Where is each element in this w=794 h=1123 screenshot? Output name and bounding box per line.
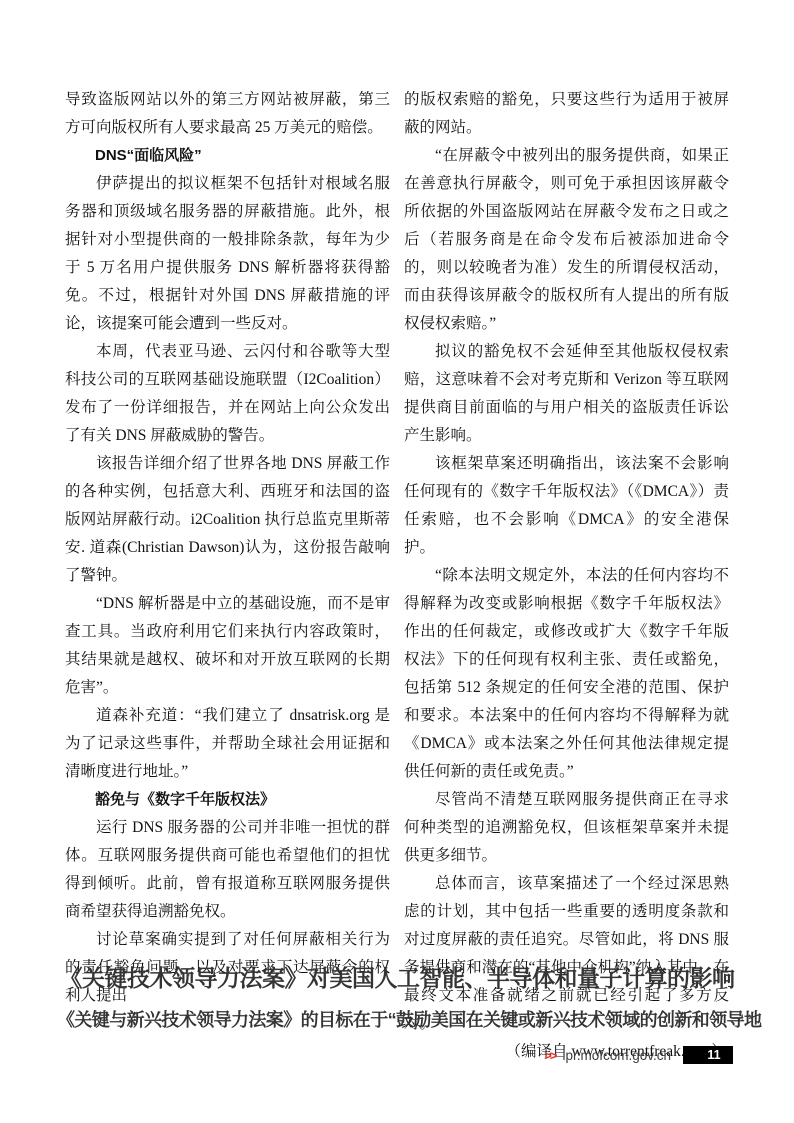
page-footer: >> ipr.mofcom.gov.cn 11 xyxy=(544,1046,733,1064)
paragraph: 该报告详细介绍了世界各地 DNS 屏蔽工作的各种实例，包括意大利、西班牙和法国的… xyxy=(65,450,390,590)
site-url: ipr.mofcom.gov.cn xyxy=(562,1048,671,1063)
section-heading: 豁免与《数字千年版权法》 xyxy=(65,786,390,814)
paragraph: 导致盗版网站以外的第三方网站被屏蔽，第三方可向版权所有人要求最高 25 万美元的… xyxy=(65,86,390,142)
article-body: 导致盗版网站以外的第三方网站被屏蔽，第三方可向版权所有人要求最高 25 万美元的… xyxy=(65,86,730,1066)
article-column-left: 导致盗版网站以外的第三方网站被屏蔽，第三方可向版权所有人要求最高 25 万美元的… xyxy=(65,86,390,1066)
next-article-title: 《关键技术领导力法案》对美国人工智能、半导体和量子计算的影响 xyxy=(57,960,737,993)
paragraph: 尽管尚不清楚互联网服务提供商正在寻求何种类型的追溯豁免权，但该框架草案并未提供更… xyxy=(404,786,729,870)
paragraph: 本周，代表亚马逊、云闪付和谷歌等大型科技公司的互联网基础设施联盟（I2Coali… xyxy=(65,338,390,450)
next-article-header: 《关键技术领导力法案》对美国人工智能、半导体和量子计算的影响 《关键与新兴技术领… xyxy=(57,960,737,1032)
section-heading: DNS“面临风险” xyxy=(65,142,390,170)
page-number-badge: 11 xyxy=(683,1046,733,1064)
paragraph: 的版权索赔的豁免，只要这些行为适用于被屏蔽的网站。 xyxy=(404,86,729,142)
paragraph: 拟议的豁免权不会延伸至其他版权侵权索赔，这意味着不会对考克斯和 Verizon … xyxy=(404,338,729,450)
paragraph: 运行 DNS 服务器的公司并非唯一担忧的群体。互联网服务提供商可能也希望他们的担… xyxy=(65,814,390,926)
paragraph: 伊萨提出的拟议框架不包括针对根域名服务器和顶级域名服务器的屏蔽措施。此外，根据针… xyxy=(65,170,390,338)
next-article-lead: 《关键与新兴技术领导力法案》的目标在于“鼓励美国在关键或新兴技术领域的创新和领导… xyxy=(57,1006,737,1032)
article-column-right: 的版权索赔的豁免，只要这些行为适用于被屏蔽的网站。“在屏蔽令中被列出的服务提供商… xyxy=(404,86,729,1066)
paragraph: 道森补充道：“我们建立了 dnsatrisk.org 是为了记录这些事件，并帮助… xyxy=(65,702,390,786)
double-chevron-icon: >> xyxy=(544,1048,555,1063)
paragraph: “DNS 解析器是中立的基础设施，而不是审查工具。当政府利用它们来执行内容政策时… xyxy=(65,590,390,702)
paragraph: 该框架草案还明确指出，该法案不会影响任何现有的《数字千年版权法》（《DMCA》）… xyxy=(404,450,729,562)
document-page: 导致盗版网站以外的第三方网站被屏蔽，第三方可向版权所有人要求最高 25 万美元的… xyxy=(0,0,794,1123)
paragraph: “在屏蔽令中被列出的服务提供商，如果正在善意执行屏蔽令，则可免于承担因该屏蔽令所… xyxy=(404,142,729,338)
paragraph: “除本法明文规定外，本法的任何内容均不得解释为改变或影响根据《数字千年版权法》作… xyxy=(404,562,729,786)
